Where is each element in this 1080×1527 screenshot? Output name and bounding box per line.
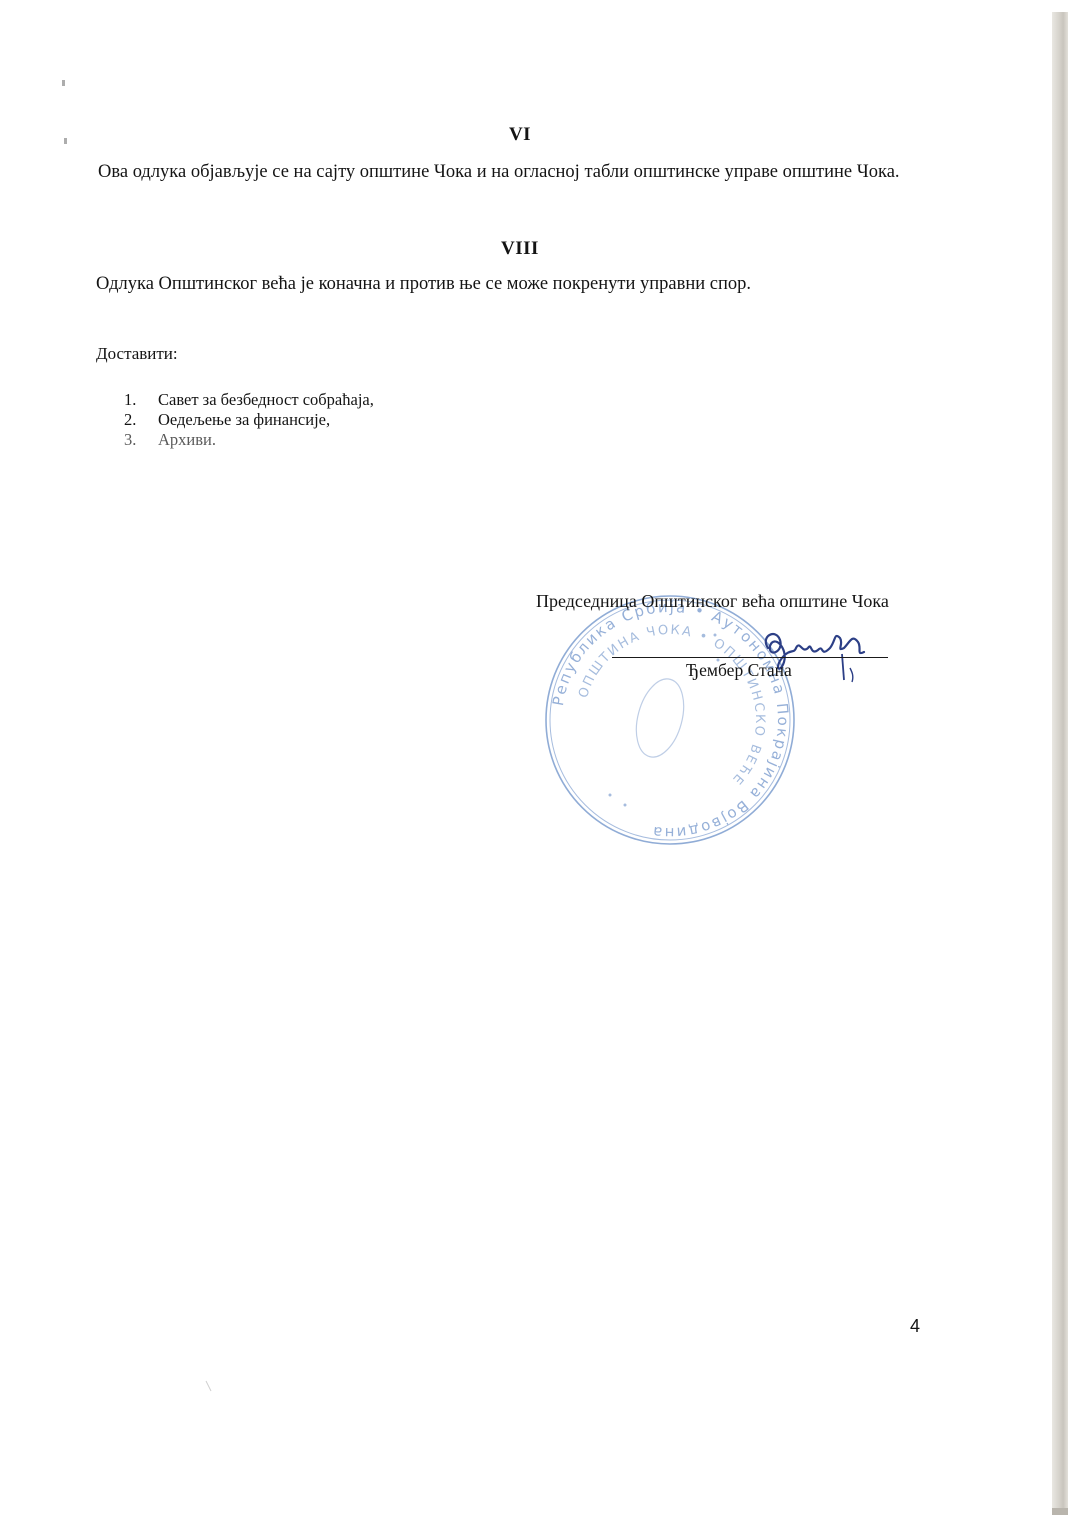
section-heading-vi: VI bbox=[0, 124, 1040, 146]
list-item-label: Оедељење за финансије, bbox=[158, 410, 330, 430]
signatory-title: Председница Општинског већа општине Чока bbox=[536, 591, 889, 612]
list-item-number: 2. bbox=[124, 410, 158, 430]
list-item: 1. Савет за безбедност собраћаја, bbox=[124, 390, 374, 410]
document-page: VI Ова одлука објављује се на сајту општ… bbox=[0, 0, 1080, 1527]
list-item: 3. Архиви. bbox=[124, 430, 374, 450]
scan-speck bbox=[62, 80, 65, 86]
list-item: 2. Оедељење за финансије, bbox=[124, 410, 374, 430]
page-number: 4 bbox=[910, 1316, 920, 1337]
svg-text:ОПШТИНА ЧОКА • ОПШТИНСКО ВЕЋЕ: ОПШТИНА ЧОКА • ОПШТИНСКО ВЕЋЕ bbox=[576, 623, 767, 788]
scan-mark bbox=[205, 1380, 213, 1392]
signature-line bbox=[612, 657, 888, 658]
list-item-number: 3. bbox=[124, 430, 158, 450]
section-viii-text: Одлука Општинског већа је коначна и прот… bbox=[96, 272, 938, 297]
scan-page-edge bbox=[1052, 12, 1068, 1515]
section-vi-text: Ова одлука објављује се на сајту општине… bbox=[98, 160, 940, 185]
recipients-title: Доставити: bbox=[96, 344, 178, 364]
list-item-label: Савет за безбедност собраћаја, bbox=[158, 390, 374, 410]
recipients-list: 1. Савет за безбедност собраћаја, 2. Оед… bbox=[124, 390, 374, 450]
signatory-name: Ђембер Стана bbox=[686, 660, 792, 681]
list-item-number: 1. bbox=[124, 390, 158, 410]
list-item-label: Архиви. bbox=[158, 430, 216, 450]
scan-page-edge-bottom bbox=[1052, 1508, 1068, 1515]
section-heading-viii: VIII bbox=[0, 238, 1040, 260]
